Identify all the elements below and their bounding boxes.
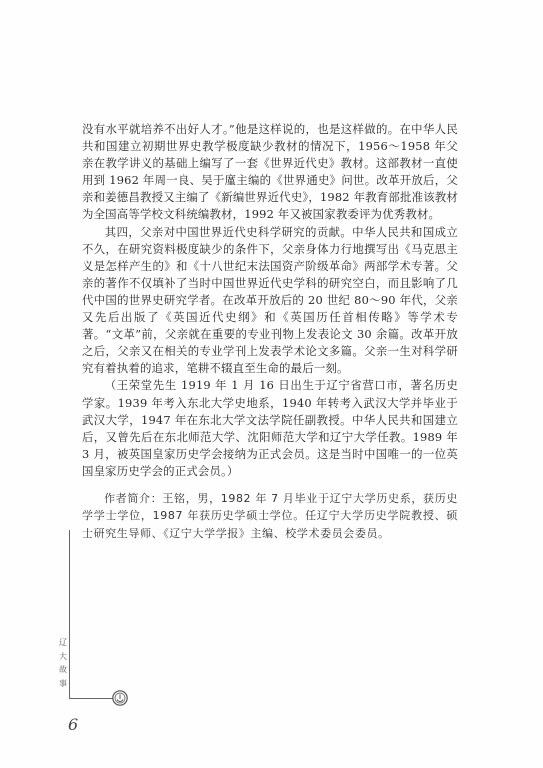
paragraph-teaching-materials: 没有水平就培养不出好人才。”他是这样说的，也是这样做的。在中华人民共和国建立初期… <box>82 121 458 224</box>
university-emblem-icon <box>112 690 128 706</box>
book-page: 没有水平就培养不出好人才。”他是这样说的，也是这样做的。在中华人民共和国建立初期… <box>0 0 543 768</box>
paragraph-biography: （王荣堂先生 1919 年 1 月 16 日出生于辽宁省营口市，著名历史学家。1… <box>82 377 458 480</box>
author-introduction-text: 作者简介：王铭，男，1982 年 7 月毕业于辽宁大学历史系，获历史学学士学位，… <box>82 490 458 542</box>
sidebar-title-char: 大 <box>58 650 68 664</box>
sidebar-title-char: 辽 <box>58 636 68 650</box>
page-number: 6 <box>68 715 78 734</box>
sidebar-vertical-rule <box>69 530 70 698</box>
sidebar-title-char: 事 <box>58 677 68 691</box>
sidebar-book-title: 辽 大 故 事 <box>58 636 68 690</box>
sidebar-title-char: 故 <box>58 663 68 677</box>
paragraph-research-contribution: 其四，父亲对中国世界近代史科学研究的贡献。中华人民共和国成立不久，在研究资料极度… <box>82 224 458 378</box>
author-introduction: 作者简介：王铭，男，1982 年 7 月毕业于辽宁大学历史系，获历史学学士学位，… <box>82 490 458 542</box>
main-body-text: 没有水平就培养不出好人才。”他是这样说的，也是这样做的。在中华人民共和国建立初期… <box>82 121 458 480</box>
sidebar-horizontal-rule <box>69 698 113 699</box>
